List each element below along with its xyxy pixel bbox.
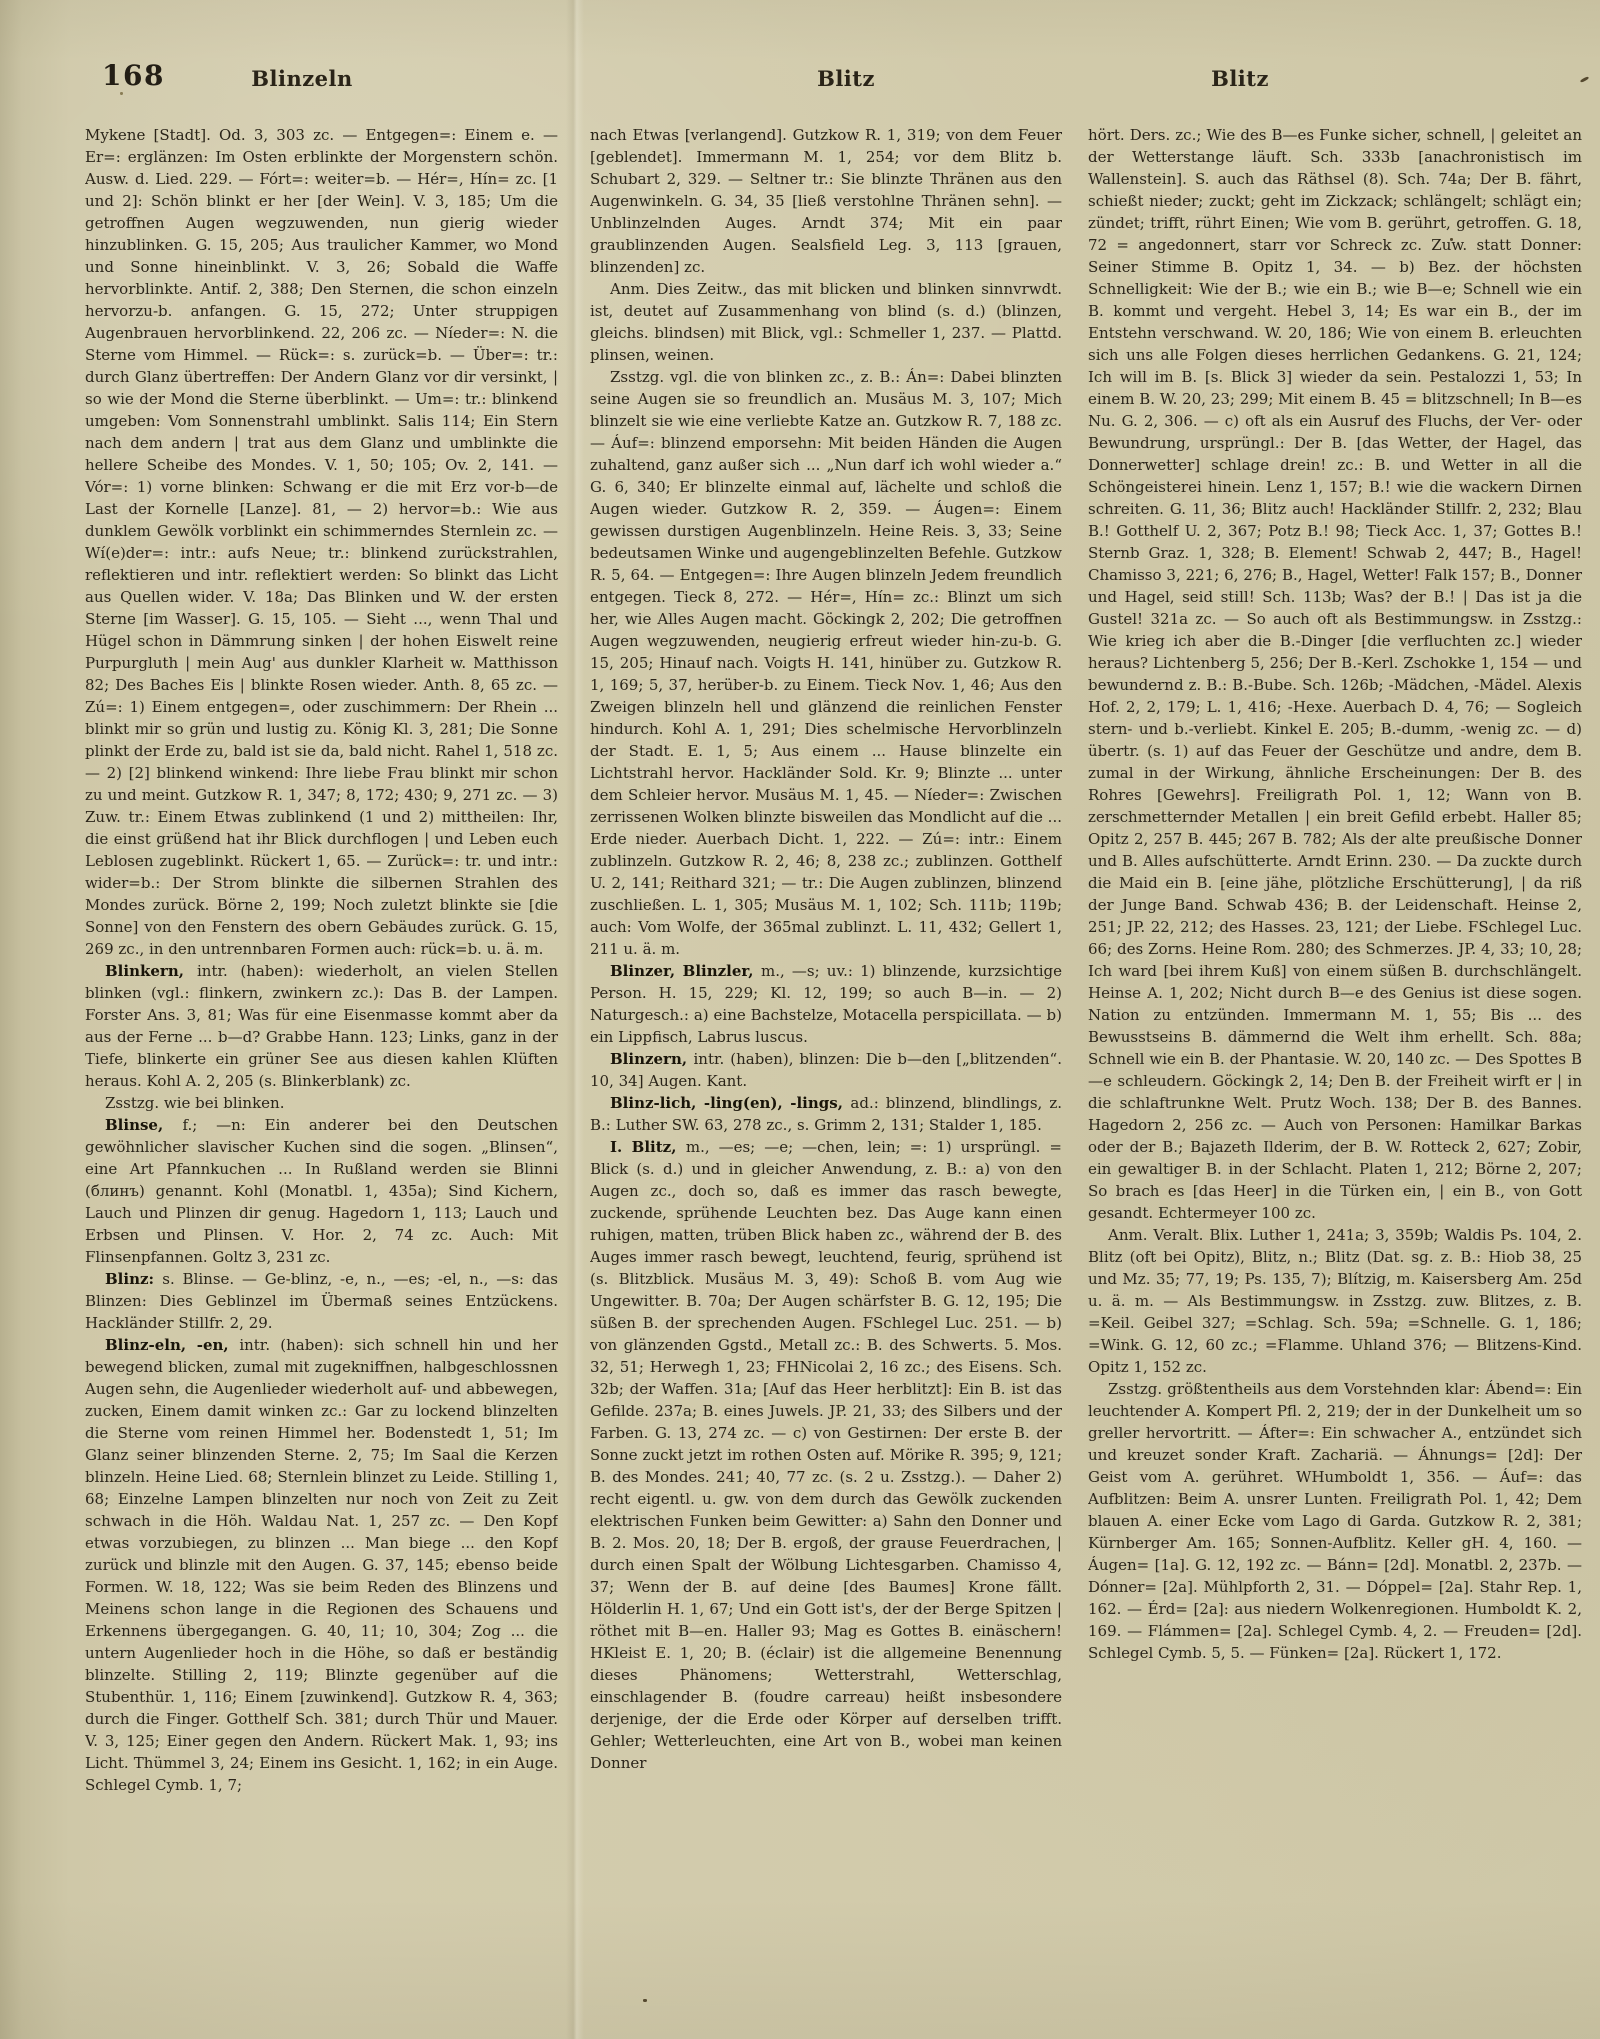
running-head-column-3: Blitz [1211, 68, 1269, 89]
text-paragraph: Anm. Veralt. Blix. Luther 1, 241a; 3, 35… [1088, 1224, 1582, 1378]
entry-headword: Blinz: [105, 1270, 162, 1288]
paper-speck [120, 92, 123, 95]
entry-paragraph: Blinse, f.; —n: Ein anderer bei den Deut… [85, 1114, 558, 1268]
text-paragraph: hört. Ders. zc.; Wie des B—es Funke sich… [1088, 124, 1582, 1224]
text-column-3: hört. Ders. zc.; Wie des B—es Funke sich… [1088, 124, 1582, 1916]
page-number: 168 [102, 62, 165, 90]
entry-headword: I. Blitz, [610, 1138, 686, 1156]
text-paragraph: Zsstzg. größtentheils aus dem Vorstehnde… [1088, 1378, 1582, 1664]
entry-headword: Blinkern, [105, 962, 197, 980]
entry-paragraph: Blinz-lich, -ling(en), -lings, ad.: blin… [590, 1092, 1062, 1136]
entry-headword: Blinse, [105, 1116, 182, 1134]
paper-speck [1580, 76, 1589, 83]
text-paragraph: nach Etwas [verlangend]. Gutzkow R. 1, 3… [590, 124, 1062, 278]
text-paragraph: Zsstzg. vgl. die von blinken zc., z. B.:… [590, 366, 1062, 960]
entry-headword: Blinzer, Blinzler, [610, 962, 761, 980]
entry-paragraph: Blinzer, Blinzler, m., —s; uv.: 1) blinz… [590, 960, 1062, 1048]
text-paragraph: Zsstzg. wie bei blinken. [85, 1092, 558, 1114]
paper-crease [566, 0, 584, 2039]
running-head-column-2: Blitz [817, 68, 875, 89]
entry-headword: Blinzern, [610, 1050, 694, 1068]
entry-paragraph: Blinzern, intr. (haben), blinzen: Die b—… [590, 1048, 1062, 1092]
entry-paragraph: Blinkern, intr. (haben): wiederholt, an … [85, 960, 558, 1092]
entry-paragraph: I. Blitz, m., —es; —e; —chen, lein; =: 1… [590, 1136, 1062, 1774]
entry-paragraph: Blinz: s. Blinse. — Ge-blinz, -e, n., —e… [85, 1268, 558, 1334]
paper-speck [1450, 238, 1453, 241]
scanned-dictionary-page: 168 Blinzeln Blitz Blitz Mykene [Stadt].… [0, 0, 1600, 2039]
entry-headword: Blinz-eln, -en, [105, 1336, 239, 1354]
running-head-column-1: Blinzeln [251, 68, 353, 89]
entry-paragraph: Blinz-eln, -en, intr. (haben): sich schn… [85, 1334, 558, 1796]
paper-speck [643, 1999, 647, 2002]
text-paragraph: Mykene [Stadt]. Od. 3, 303 zc. — Entgege… [85, 124, 558, 960]
text-column-1: Mykene [Stadt]. Od. 3, 303 zc. — Entgege… [85, 124, 558, 1916]
text-column-2: nach Etwas [verlangend]. Gutzkow R. 1, 3… [590, 124, 1062, 1916]
entry-headword: Blinz-lich, -ling(en), -lings, [610, 1094, 850, 1112]
text-paragraph: Anm. Dies Zeitw., das mit blicken und bl… [590, 278, 1062, 366]
